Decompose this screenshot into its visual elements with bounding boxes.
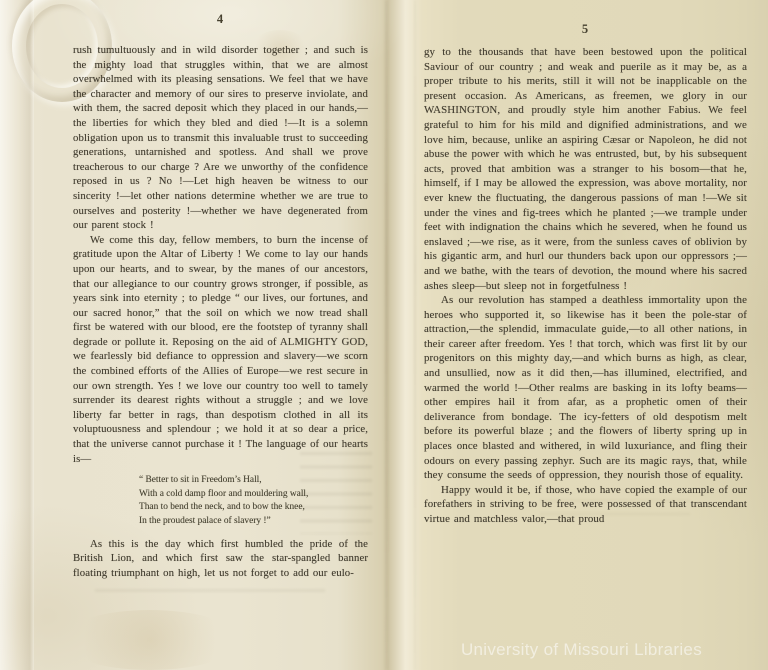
- page-deckle-edge: [0, 0, 34, 670]
- poem-line: In the proudest palace of slavery !”: [139, 515, 368, 529]
- poem-line: “ Better to sit in Freedom’s Hall,: [139, 474, 368, 488]
- page-number-right: 5: [424, 22, 747, 37]
- paper-stain: [60, 610, 240, 670]
- right-paragraph-1: gy to the thousands that have been besto…: [424, 45, 747, 293]
- spine-crease: [414, 0, 416, 670]
- left-paragraph-2: We come this day, fellow members, to bur…: [73, 233, 368, 467]
- left-paragraph-1: rush tumultuously and in wild disorder t…: [73, 43, 368, 233]
- poem-quote: “ Better to sit in Freedom’s Hall, With …: [139, 474, 368, 528]
- left-paragraph-3: As this is the day which first humbled t…: [73, 537, 368, 581]
- page-left: 4 rush tumultuously and in wild disorder…: [73, 12, 368, 612]
- poem-line: With a cold damp floor and mouldering wa…: [139, 488, 368, 502]
- spine-crease: [385, 0, 388, 670]
- page-number-left: 4: [73, 12, 368, 27]
- right-paragraph-2: As our revolution has stamped a deathles…: [424, 293, 747, 483]
- library-watermark: University of Missouri Libraries: [461, 640, 702, 660]
- right-paragraph-3: Happy would it be, if those, who have co…: [424, 483, 747, 527]
- poem-line: Than to bend the neck, and to bow the kn…: [139, 501, 368, 515]
- page-right: 5 gy to the thousands that have been bes…: [424, 16, 747, 628]
- book-scan: 4 rush tumultuously and in wild disorder…: [0, 0, 768, 670]
